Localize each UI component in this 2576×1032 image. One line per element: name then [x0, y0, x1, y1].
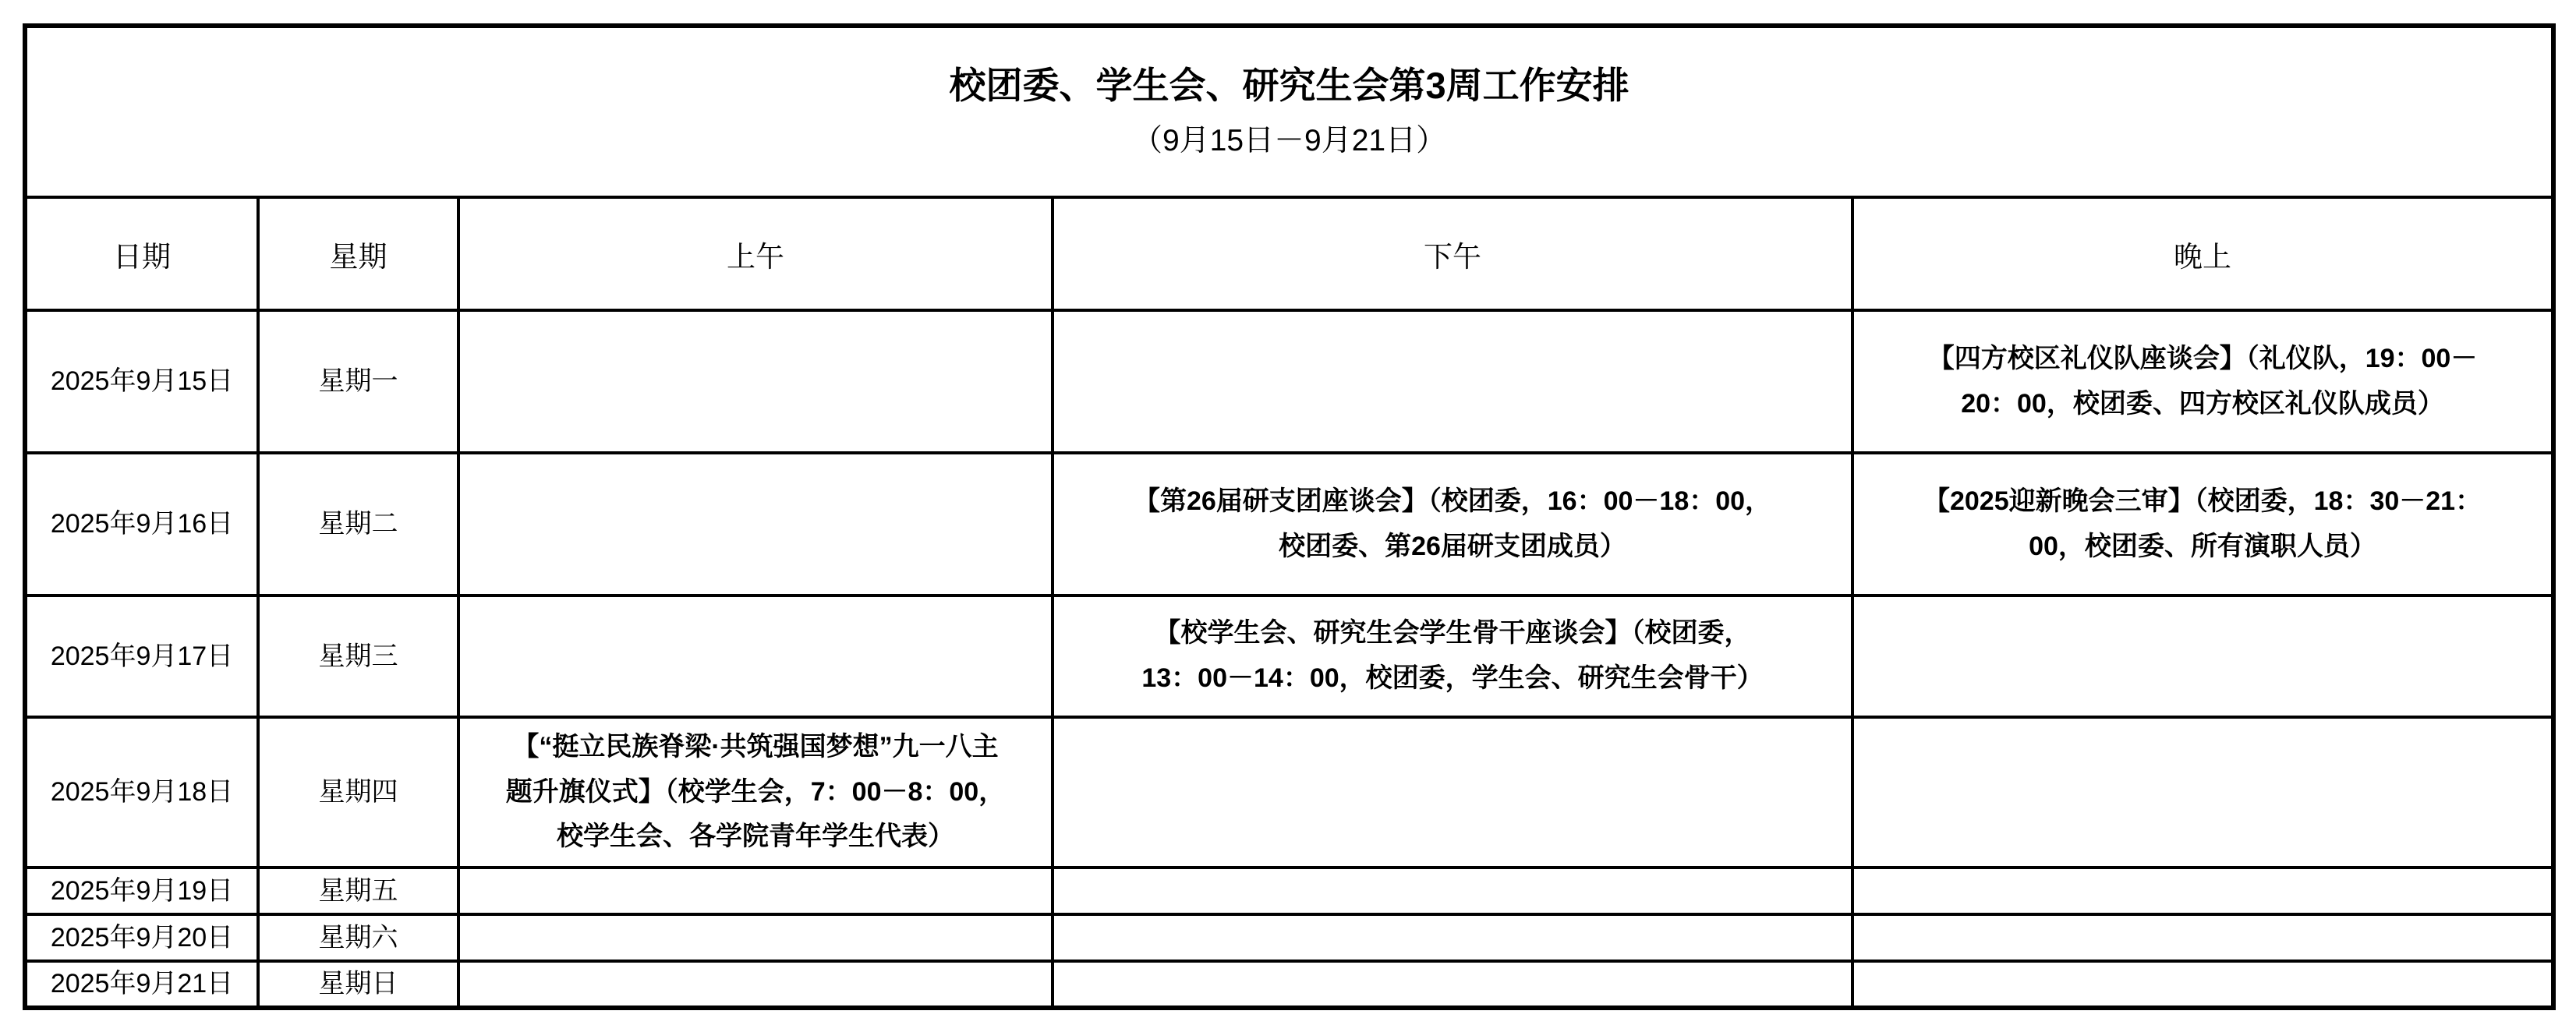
title-row: 校团委、学生会、研究生会第3周工作安排 （9月15日－9月21日）	[25, 26, 2553, 197]
weekday-cell: 星期六	[258, 914, 458, 961]
evening-cell	[1852, 717, 2553, 868]
evening-cell	[1852, 596, 2553, 717]
title-cell: 校团委、学生会、研究生会第3周工作安排 （9月15日－9月21日）	[25, 26, 2553, 197]
evening-cell	[1852, 914, 2553, 961]
date-cell: 2025年9月17日	[25, 596, 258, 717]
morning-cell	[458, 914, 1053, 961]
evening-cell: 【2025迎新晚会三审】（校团委，18：30－21： 00，校团委、所有演职人员…	[1852, 453, 2553, 596]
morning-cell	[458, 310, 1053, 453]
evening-cell	[1852, 961, 2553, 1008]
table-row: 2025年9月15日 星期一 【四方校区礼仪队座谈会】（礼仪队，19：00－ 2…	[25, 310, 2553, 453]
evening-cell	[1852, 868, 2553, 914]
afternoon-cell	[1053, 914, 1852, 961]
date-cell: 2025年9月19日	[25, 868, 258, 914]
evening-cell: 【四方校区礼仪队座谈会】（礼仪队，19：00－ 20：00，校团委、四方校区礼仪…	[1852, 310, 2553, 453]
table-row: 2025年9月20日 星期六	[25, 914, 2553, 961]
column-header-morning: 上午	[458, 197, 1053, 310]
column-header-weekday: 星期	[258, 197, 458, 310]
date-cell: 2025年9月18日	[25, 717, 258, 868]
morning-cell: 【“挺立民族脊梁·共筑强国梦想”九一八主 题升旗仪式】（校学生会，7：00－8：…	[458, 717, 1053, 868]
morning-cell	[458, 453, 1053, 596]
page: 校团委、学生会、研究生会第3周工作安排 （9月15日－9月21日） 日期 星期 …	[0, 0, 2576, 1032]
date-cell: 2025年9月16日	[25, 453, 258, 596]
column-header-afternoon: 下午	[1053, 197, 1852, 310]
afternoon-cell	[1053, 868, 1852, 914]
header-row: 日期 星期 上午 下午 晚上	[25, 197, 2553, 310]
weekday-cell: 星期一	[258, 310, 458, 453]
weekday-cell: 星期五	[258, 868, 458, 914]
afternoon-cell	[1053, 961, 1852, 1008]
date-cell: 2025年9月15日	[25, 310, 258, 453]
morning-cell	[458, 596, 1053, 717]
table-row: 2025年9月17日 星期三 【校学生会、研究生会学生骨干座谈会】（校团委， 1…	[25, 596, 2553, 717]
date-cell: 2025年9月21日	[25, 961, 258, 1008]
afternoon-cell: 【第26届研支团座谈会】（校团委，16：00－18：00， 校团委、第26届研支…	[1053, 453, 1852, 596]
table-row: 2025年9月19日 星期五	[25, 868, 2553, 914]
afternoon-cell	[1053, 717, 1852, 868]
morning-cell	[458, 868, 1053, 914]
column-header-date: 日期	[25, 197, 258, 310]
weekday-cell: 星期二	[258, 453, 458, 596]
afternoon-cell: 【校学生会、研究生会学生骨干座谈会】（校团委， 13：00－14：00，校团委，…	[1053, 596, 1852, 717]
afternoon-cell	[1053, 310, 1852, 453]
table-row: 2025年9月18日 星期四 【“挺立民族脊梁·共筑强国梦想”九一八主 题升旗仪…	[25, 717, 2553, 868]
table-subtitle: （9月15日－9月21日）	[32, 123, 2546, 160]
weekday-cell: 星期四	[258, 717, 458, 868]
morning-cell	[458, 961, 1053, 1008]
date-cell: 2025年9月20日	[25, 914, 258, 961]
schedule-table: 校团委、学生会、研究生会第3周工作安排 （9月15日－9月21日） 日期 星期 …	[23, 23, 2556, 1010]
weekday-cell: 星期日	[258, 961, 458, 1008]
table-row: 2025年9月16日 星期二 【第26届研支团座谈会】（校团委，16：00－18…	[25, 453, 2553, 596]
table-row: 2025年9月21日 星期日	[25, 961, 2553, 1008]
column-header-evening: 晚上	[1852, 197, 2553, 310]
table-title: 校团委、学生会、研究生会第3周工作安排	[32, 64, 2546, 108]
weekday-cell: 星期三	[258, 596, 458, 717]
